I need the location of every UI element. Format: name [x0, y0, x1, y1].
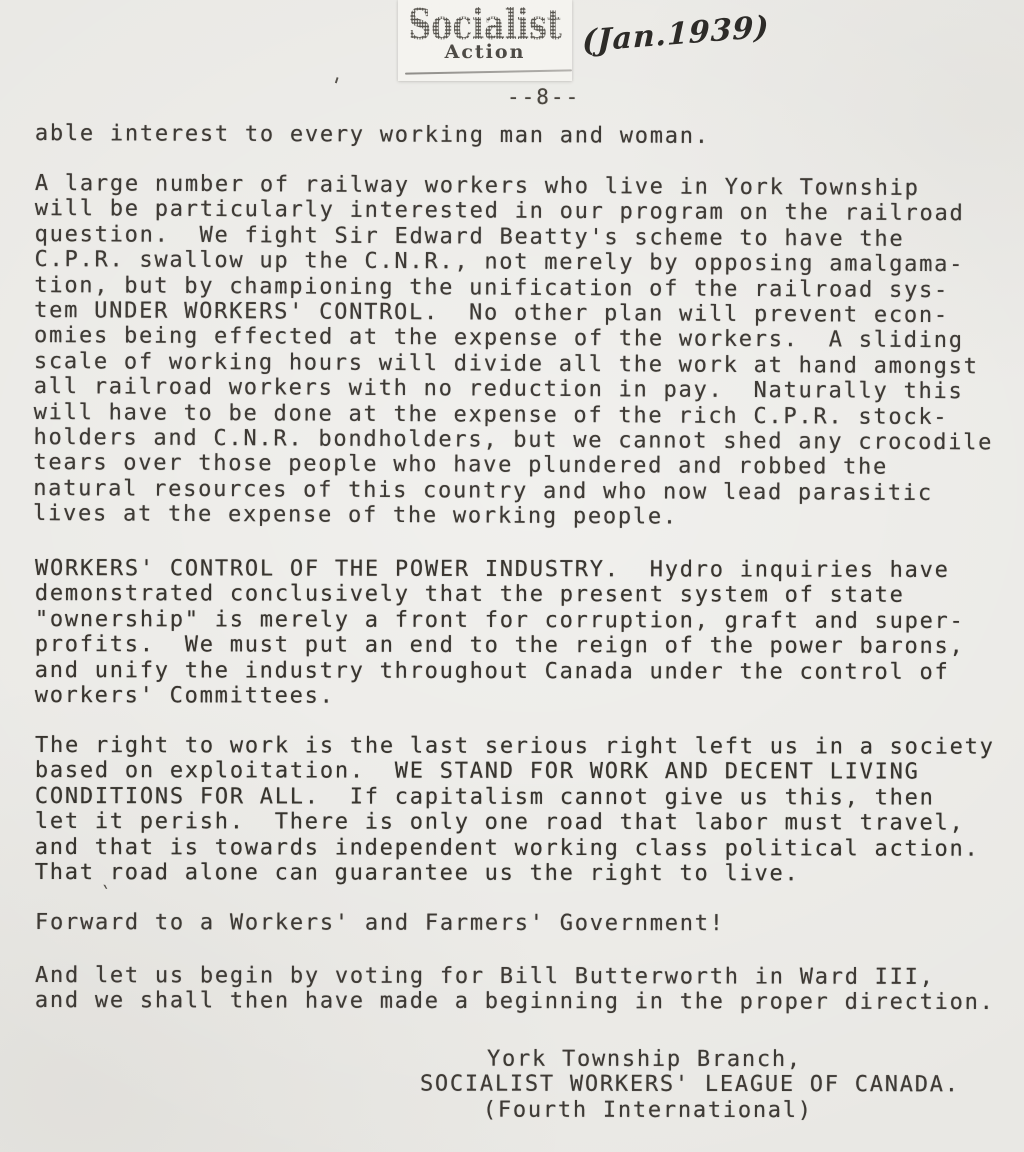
text-line: profits. We must put an end to the reign…: [35, 632, 965, 659]
signature-block: York Township Branch,SOCIALIST WORKERS' …: [35, 1046, 960, 1124]
paragraph-power-industry: WORKERS' CONTROL OF THE POWER INDUSTRY. …: [35, 556, 965, 710]
text-line: The right to work is the last serious ri…: [35, 733, 995, 760]
text-line: demonstrated conclusively that the prese…: [35, 581, 965, 608]
text-line: lives at the expense of the working peop…: [33, 501, 993, 532]
text-line: and we shall then have made a beginning …: [35, 988, 995, 1015]
text-line: let it perish. There is only one road th…: [35, 809, 995, 836]
text-line: York Township Branch,: [487, 1047, 960, 1073]
stray-mark: ': [324, 73, 344, 101]
text-line: Forward to a Workers' and Farmers' Gover…: [35, 910, 725, 937]
masthead-subtitle: Action: [398, 41, 572, 63]
text-line: and that is towards independent working …: [35, 835, 995, 862]
text-line: able interest to every working man and w…: [35, 121, 710, 149]
paragraph-slogan: Forward to a Workers' and Farmers' Gover…: [35, 910, 725, 937]
text-line: workers' Committees.: [35, 683, 965, 710]
page-number: --8--: [507, 85, 580, 109]
text-line: That road alone can guarantee us the rig…: [35, 860, 995, 887]
paragraph-voting-appeal: And let us begin by voting for Bill Butt…: [35, 963, 995, 1016]
text-line: (Fourth International): [483, 1097, 960, 1123]
text-line: And let us begin by voting for Bill Butt…: [35, 963, 995, 990]
text-line: and unify the industry throughout Canada…: [35, 658, 965, 685]
text-line: SOCIALIST WORKERS' LEAGUE OF CANADA.: [420, 1072, 960, 1098]
paragraph-railroad: A large number of railway workers who li…: [33, 171, 995, 532]
masthead-title: Socialist: [408, 4, 562, 46]
handwritten-date-annotation: (Jan.1939): [582, 10, 770, 60]
text-line: "ownership" is merely a front for corrup…: [35, 607, 965, 634]
masthead-clipping: Socialist Action: [398, 0, 572, 81]
text-line: WORKERS' CONTROL OF THE POWER INDUSTRY. …: [35, 556, 965, 583]
text-line: based on exploitation. WE STAND FOR WORK…: [35, 758, 995, 785]
scanned-page: Socialist Action (Jan.1939) --8-- ' ` . …: [0, 0, 1024, 1152]
paragraph-continuation: able interest to every working man and w…: [35, 121, 710, 149]
paragraph-right-to-work: The right to work is the last serious ri…: [35, 733, 995, 887]
text-line: CONDITIONS FOR ALL. If capitalism cannot…: [35, 784, 995, 811]
